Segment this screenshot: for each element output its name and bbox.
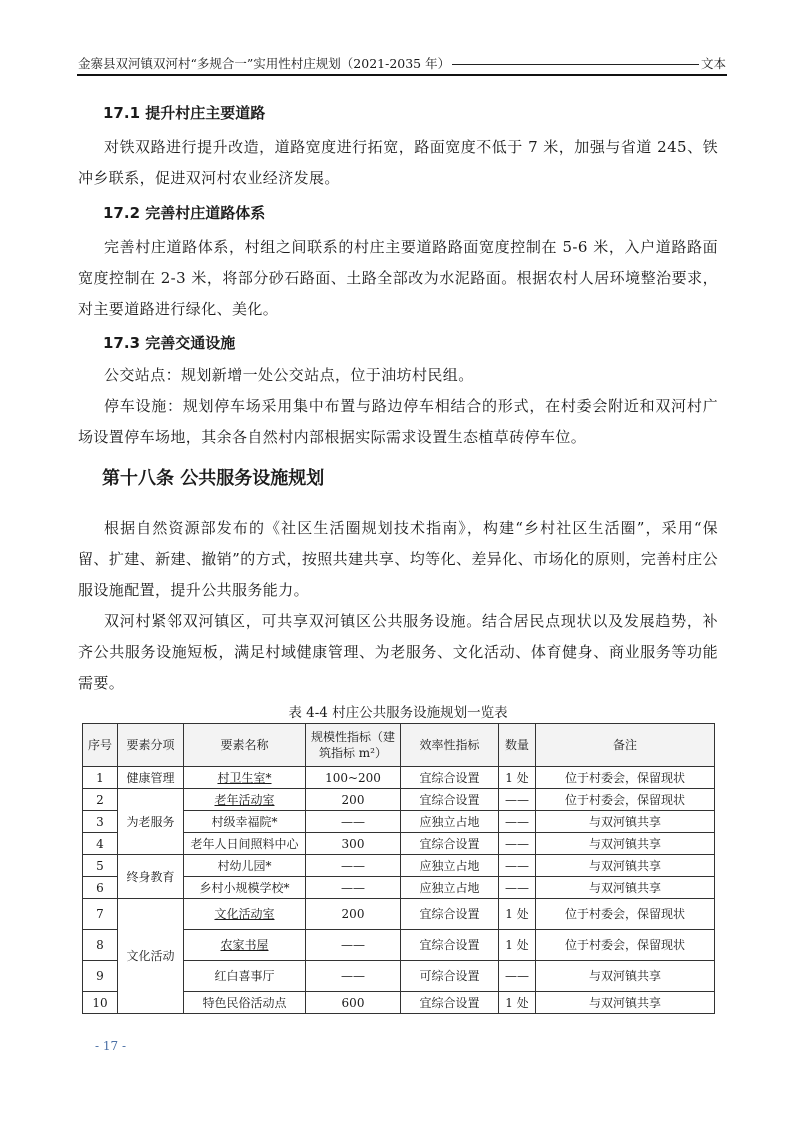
table-row: 5 终身教育 村幼儿园* —— 应独立占地 —— 与双河镇共享 — [83, 855, 715, 877]
cell-note: 与双河镇共享 — [536, 855, 715, 877]
cell-no: 7 — [83, 899, 118, 930]
cell-efficiency: 宜综合设置 — [401, 833, 499, 855]
section-heading-17-2: 17.2 完善村庄道路体系 — [103, 203, 265, 223]
cell-name: 特色民俗活动点 — [184, 992, 306, 1014]
cell-no: 8 — [83, 930, 118, 961]
document-title: 金寨县双河镇双河村“多规合一”实用性村庄规划（2021-2035 年） — [78, 55, 452, 73]
paragraph: 双河村紧邻双河镇区，可共享双河镇区公共服务设施。结合居民点现状以及发展趋势，补齐… — [78, 606, 718, 699]
cell-note: 位于村委会，保留现状 — [536, 930, 715, 961]
document-type-tag: 文本 — [699, 55, 726, 73]
cell-efficiency: 宜综合设置 — [401, 992, 499, 1014]
cell-no: 1 — [83, 767, 118, 789]
cell-scale: —— — [306, 877, 401, 899]
cell-efficiency: 宜综合设置 — [401, 789, 499, 811]
cell-note: 与双河镇共享 — [536, 992, 715, 1014]
cell-no: 3 — [83, 811, 118, 833]
cell-name: 文化活动室 — [184, 899, 306, 930]
paragraph: 对铁双路进行提升改造，道路宽度进行拓宽，路面宽度不低于 7 米，加强与省道 24… — [78, 132, 718, 194]
cell-name: 老年人日间照料中心 — [184, 833, 306, 855]
cell-note: 位于村委会，保留现状 — [536, 899, 715, 930]
running-header: 金寨县双河镇双河村“多规合一”实用性村庄规划（2021-2035 年） 文本 — [78, 55, 726, 73]
cell-scale: —— — [306, 961, 401, 992]
facility-name: 文化活动室 — [214, 907, 274, 921]
cell-qty: —— — [499, 877, 536, 899]
article-heading: 第十八条 公共服务设施规划 — [102, 467, 324, 491]
column-header: 效率性指标 — [401, 724, 499, 767]
facility-name: 村卫生室* — [217, 771, 271, 785]
cell-note: 与双河镇共享 — [536, 877, 715, 899]
cell-category: 为老服务 — [118, 789, 184, 855]
cell-note: 与双河镇共享 — [536, 961, 715, 992]
cell-note: 与双河镇共享 — [536, 811, 715, 833]
cell-name: 乡村小规模学校* — [184, 877, 306, 899]
section-heading-17-3: 17.3 完善交通设施 — [103, 333, 235, 353]
cell-scale: 200 — [306, 789, 401, 811]
cell-name: 红白喜事厅 — [184, 961, 306, 992]
cell-qty: —— — [499, 811, 536, 833]
cell-scale: 200 — [306, 899, 401, 930]
cell-qty: —— — [499, 961, 536, 992]
column-header: 备注 — [536, 724, 715, 767]
cell-qty: —— — [499, 789, 536, 811]
cell-scale: 600 — [306, 992, 401, 1014]
cell-scale: 100~200 — [306, 767, 401, 789]
paragraph: 根据自然资源部发布的《社区生活圈规划技术指南》，构建“乡村社区生活圈”，采用“保… — [78, 513, 718, 606]
cell-qty: —— — [499, 833, 536, 855]
cell-note: 与双河镇共享 — [536, 833, 715, 855]
cell-no: 4 — [83, 833, 118, 855]
cell-efficiency: 宜综合设置 — [401, 767, 499, 789]
table-row: 1 健康管理 村卫生室* 100~200 宜综合设置 1 处 位于村委会，保留现… — [83, 767, 715, 789]
cell-no: 2 — [83, 789, 118, 811]
cell-scale: —— — [306, 930, 401, 961]
cell-qty: 1 处 — [499, 992, 536, 1014]
cell-qty: 1 处 — [499, 899, 536, 930]
column-header: 要素名称 — [184, 724, 306, 767]
paragraph: 完善村庄道路体系，村组之间联系的村庄主要道路路面宽度控制在 5-6 米，入户道路… — [78, 232, 718, 325]
cell-category: 终身教育 — [118, 855, 184, 899]
column-header: 数量 — [499, 724, 536, 767]
facility-name: 老年活动室 — [214, 793, 274, 807]
cell-efficiency: 可综合设置 — [401, 961, 499, 992]
column-header: 序号 — [83, 724, 118, 767]
paragraph: 公交站点：规划新增一处公交站点，位于油坊村民组。 — [78, 360, 718, 391]
cell-name: 老年活动室 — [184, 789, 306, 811]
table-caption: 表 4-4 村庄公共服务设施规划一览表 — [82, 704, 714, 722]
cell-scale: —— — [306, 811, 401, 833]
cell-qty: 1 处 — [499, 767, 536, 789]
cell-category: 健康管理 — [118, 767, 184, 789]
cell-efficiency: 应独立占地 — [401, 855, 499, 877]
cell-no: 9 — [83, 961, 118, 992]
section-heading-17-1: 17.1 提升村庄主要道路 — [103, 103, 265, 123]
cell-note: 位于村委会，保留现状 — [536, 789, 715, 811]
column-header: 规模性指标（建筑指标 m²） — [306, 724, 401, 767]
page-number: - 17 - — [95, 1039, 126, 1053]
cell-efficiency: 应独立占地 — [401, 877, 499, 899]
cell-category: 文化活动 — [118, 899, 184, 1014]
facility-name: 农家书屋 — [220, 938, 268, 952]
cell-note: 位于村委会，保留现状 — [536, 767, 715, 789]
paragraph: 停车设施：规划停车场采用集中布置与路边停车相结合的形式，在村委会附近和双河村广场… — [78, 391, 718, 453]
cell-no: 6 — [83, 877, 118, 899]
cell-efficiency: 应独立占地 — [401, 811, 499, 833]
cell-no: 5 — [83, 855, 118, 877]
cell-scale: —— — [306, 855, 401, 877]
facilities-table: 序号 要素分项 要素名称 规模性指标（建筑指标 m²） 效率性指标 数量 备注 … — [82, 723, 715, 1014]
cell-name: 村幼儿园* — [184, 855, 306, 877]
cell-qty: —— — [499, 855, 536, 877]
cell-efficiency: 宜综合设置 — [401, 899, 499, 930]
table-header-row: 序号 要素分项 要素名称 规模性指标（建筑指标 m²） 效率性指标 数量 备注 — [83, 724, 715, 767]
table-row: 7 文化活动 文化活动室 200 宜综合设置 1 处 位于村委会，保留现状 — [83, 899, 715, 930]
header-rule — [77, 74, 727, 76]
cell-qty: 1 处 — [499, 930, 536, 961]
column-header: 要素分项 — [118, 724, 184, 767]
cell-scale: 300 — [306, 833, 401, 855]
cell-efficiency: 宜综合设置 — [401, 930, 499, 961]
cell-name: 村级幸福院* — [184, 811, 306, 833]
table-row: 2 为老服务 老年活动室 200 宜综合设置 —— 位于村委会，保留现状 — [83, 789, 715, 811]
cell-name: 农家书屋 — [184, 930, 306, 961]
cell-name: 村卫生室* — [184, 767, 306, 789]
cell-no: 10 — [83, 992, 118, 1014]
